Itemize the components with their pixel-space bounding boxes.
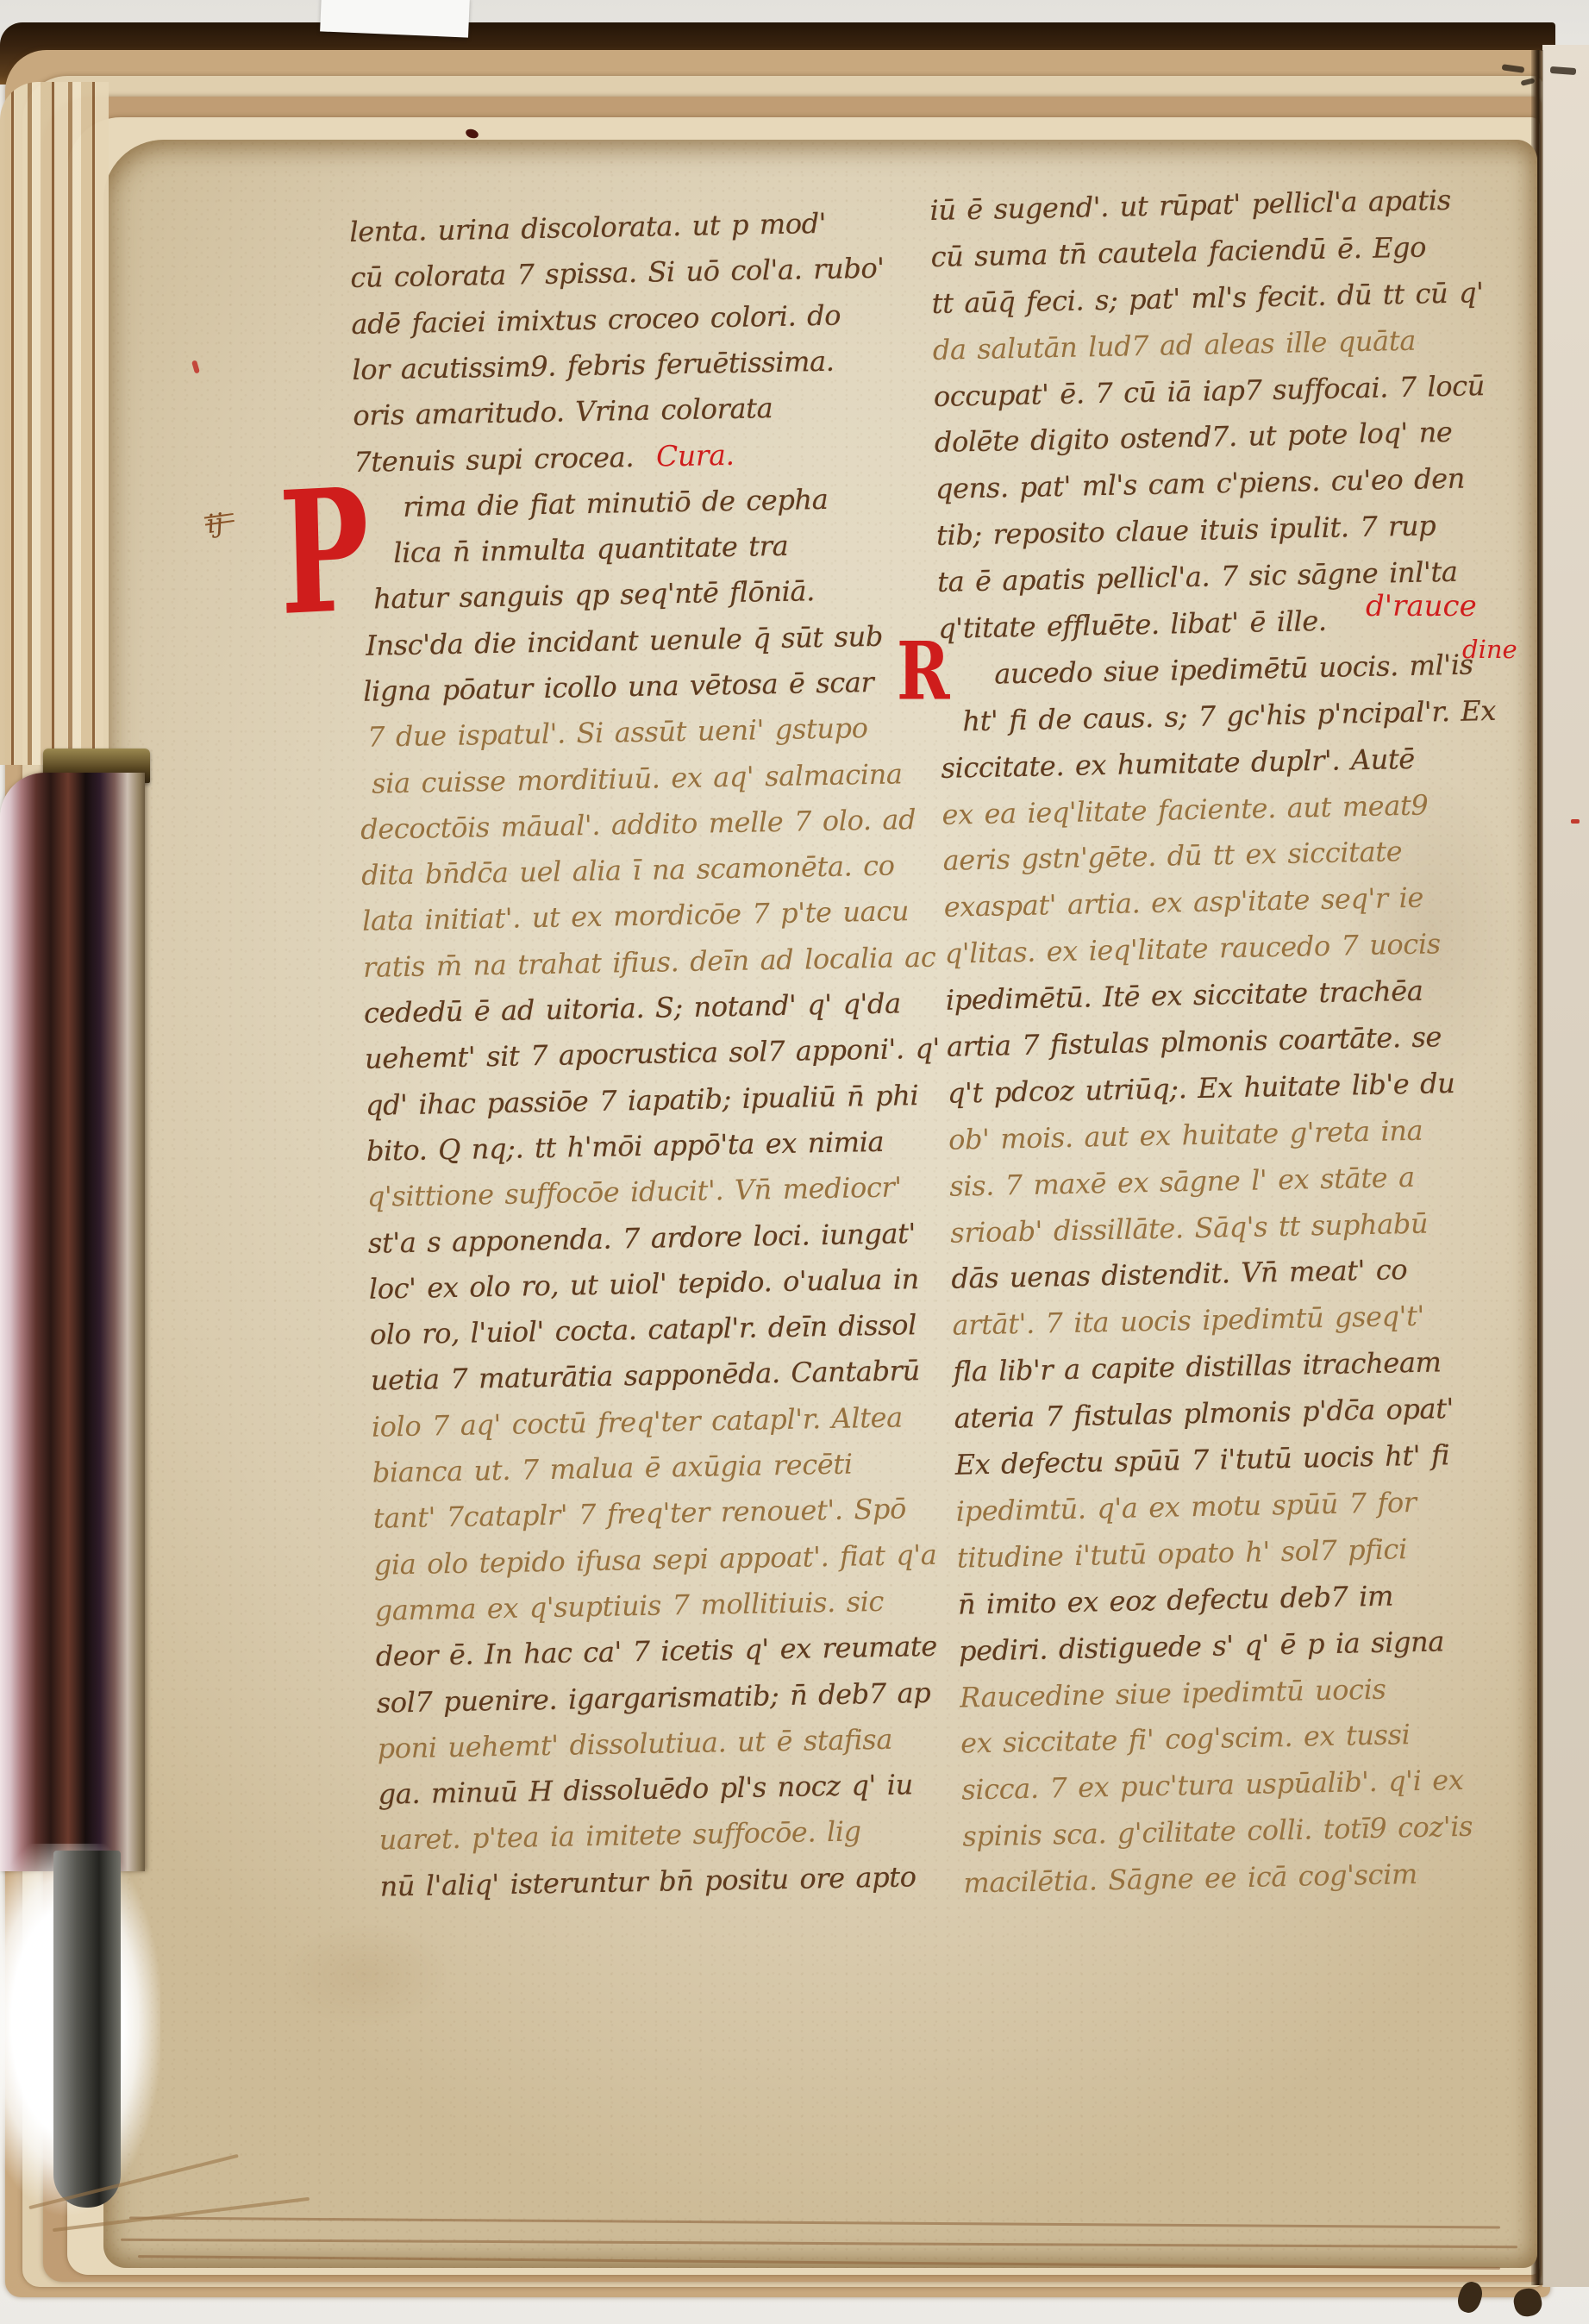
red-ink-fleck xyxy=(1571,819,1580,824)
inline-red-rubric: Cura. xyxy=(656,438,735,473)
facing-page-strip xyxy=(1542,45,1589,2287)
margin-rubric-line2: dine xyxy=(1462,635,1517,664)
metal-clamp-bar xyxy=(0,773,145,1871)
parchment-stain xyxy=(285,1923,448,2026)
margin-rubric-line1: d'rauce xyxy=(1366,589,1477,623)
left-text-column: lenta. urina discolorata. ut p mod'cū co… xyxy=(349,199,955,1910)
red-initial-r: R xyxy=(897,632,950,712)
text-line-segment: 7tenuis supi crocea. xyxy=(353,441,634,479)
right-text-column: iū ē sugend'. ut rūpat' pellicl'a apatis… xyxy=(929,177,1519,1907)
red-initial-p: P xyxy=(278,466,372,639)
left-page-edges xyxy=(0,82,109,765)
white-paper-slip xyxy=(320,0,470,38)
manuscript-photo: lenta. urina discolorata. ut p mod'cū co… xyxy=(0,0,1589,2324)
clamp-lower-rod xyxy=(53,1851,121,2208)
